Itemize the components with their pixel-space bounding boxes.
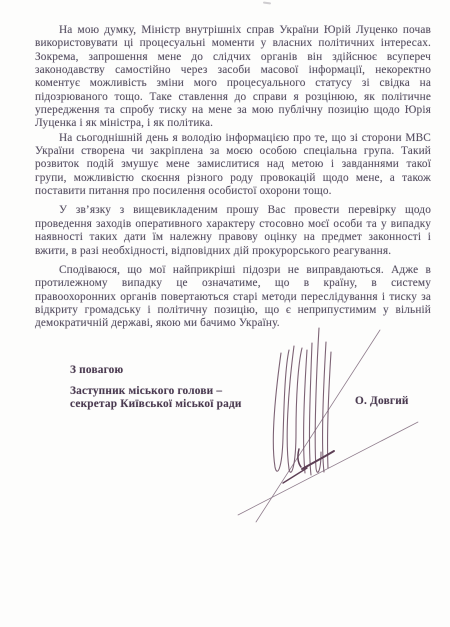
text-line: проведення заходів оперативного характер… [35,218,431,231]
text-line: відкриту громадську і політичну позицію,… [35,304,431,317]
text-line: протилежному випадку це означатиме, що в… [35,277,431,290]
paragraph: На сьогоднішній день я володію інформаці… [35,132,431,199]
paragraph: Сподіваюся, що мої найприкріші підозри н… [35,264,431,331]
text-line: Луценка і як міністра, і як політика. [35,117,431,130]
text-line: наявності таких дати їм належну правову … [35,231,431,244]
signature-diagonal-line [238,422,418,515]
letter-body: На мою думку, Міністр внутрішніх справ У… [35,24,431,331]
signature-flourish [283,468,307,483]
text-line: України створена чи закріплена за моєю о… [35,145,431,158]
signer-name: О. Довгий [355,395,409,409]
text-line: У зв’язку з вищевикладеним прошу Вас про… [35,204,431,217]
text-line: вжити, в разі необхідності, відповідних … [35,245,431,258]
text-line: розвиток подій змушує мене замислитися н… [35,158,431,171]
text-line: Зокрема, запрошення мене до слідчих орга… [35,51,431,64]
text-line: підозрюваного тощо. Таке ставлення до сп… [35,91,431,104]
text-line: На мою думку, Міністр внутрішніх справ У… [35,24,431,37]
text-line: демократичній державі, якою ми бачимо Ук… [35,317,431,330]
text-line: На сьогоднішній день я володію інформаці… [35,132,431,145]
signature-flourish [302,451,334,469]
scan-artifact [263,1,271,4]
text-line: групи, можливістю скоєння різного роду п… [35,172,431,185]
text-line: Сподіваюся, що мої найприкріші підозри н… [35,264,431,277]
text-line: коментує можливість зміни мого процесуал… [35,77,431,90]
paragraph: У зв’язку з вищевикладеним прошу Вас про… [35,204,431,257]
text-line: використовувати ці процесуальні моменти … [35,37,431,50]
text-line: упередження та спробу тиску на мене за м… [35,104,431,117]
text-line: правоохоронних органів повертаються стар… [35,291,431,304]
paragraph: На мою думку, Міністр внутрішніх справ У… [35,24,431,131]
text-line: поставити питання про посилення особисто… [35,185,431,198]
signature-flourish [298,449,301,467]
closing-block: З повагою Заступник міського голови – се… [70,364,430,434]
text-line: законодавству самостійно через засоби ма… [35,64,431,77]
closing-salutation: З повагою [70,364,430,378]
document-page: На мою думку, Міністр внутрішніх справ У… [0,0,450,627]
